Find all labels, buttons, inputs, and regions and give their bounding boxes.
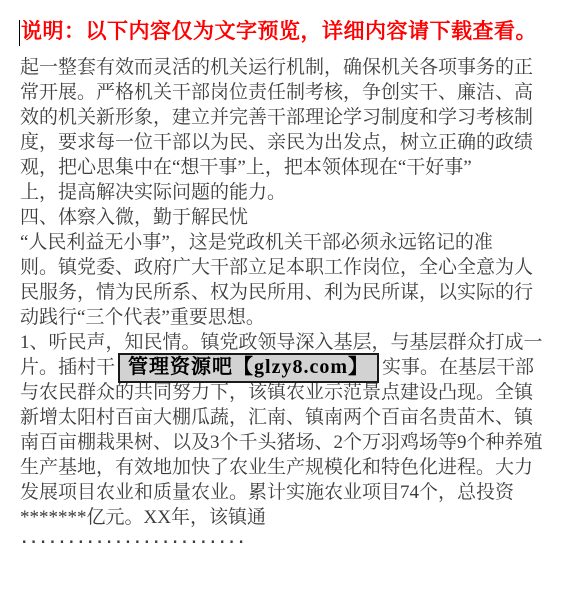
document-preview-page: 说明：以下内容仅为文字预览，详细内容请下载查看。 起一整套有效而灵活的机关运行机… [0,0,578,600]
truncation-dots: ........................ [20,532,566,546]
preview-notice-text: 说明：以下内容仅为文字预览，详细内容请下载查看。 [21,15,537,45]
watermark-box: 管理资源吧【glzy8.com】 [118,353,379,383]
text-caret [19,20,20,46]
watermark-line-text-before: 片。插村干 [20,355,115,380]
body-paragraph-2: 与农民群众的共同努力下，该镇农业示范景点建设凸现。全镇 新增太阳村百亩大棚瓜蔬，… [20,380,566,530]
watermark-line-text-after: 实事。在基层干部 [382,355,534,380]
body-paragraph-1: 起一整套有效而灵活的机关运行机制，确保机关各项事务的正 常开展。严格机关干部岗位… [20,55,566,355]
document-body: 起一整套有效而灵活的机关运行机制，确保机关各项事务的正 常开展。严格机关干部岗位… [20,55,566,546]
watermark-line: 片。插村干 管理资源吧【glzy8.com】 实事。在基层干部 [20,355,566,380]
